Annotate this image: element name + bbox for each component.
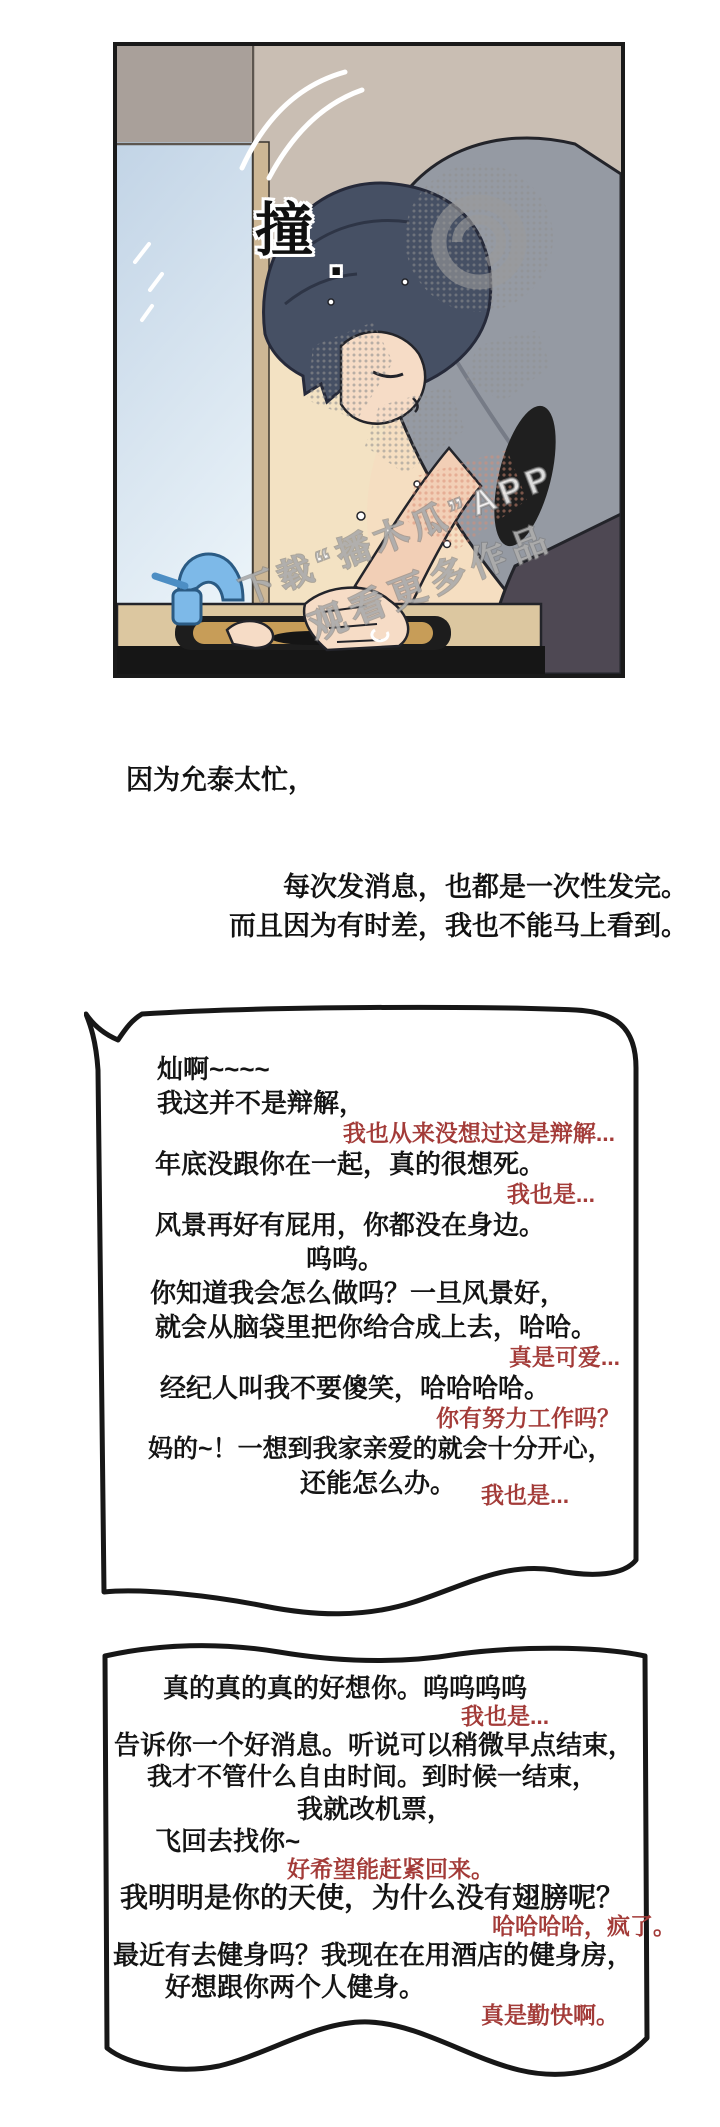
bubble1-line-9: 真是可爱... — [130, 1344, 620, 1371]
bubble1-line-4: 我也是... — [130, 1181, 620, 1208]
narration-line-2: 每次发消息，也都是一次性发完。 — [229, 868, 688, 907]
bubble2-line-2: 告诉你一个好消息。听说可以稍微早点结束， — [111, 1729, 639, 1761]
bubble1-line-0: 灿啊~~~~ — [130, 1052, 620, 1086]
narration-line-3: 而且因为有时差，我也不能马上看到。 — [229, 907, 688, 946]
bubble2-line-8: 哈哈哈哈，疯了。 — [111, 1914, 639, 1939]
bubble1-line-2: 我也从来没想过这是辩解... — [130, 1120, 620, 1147]
bubble2-text: 真的真的真的好想你。呜呜呜呜 我也是... 告诉你一个好消息。听说可以稍微早点结… — [111, 1672, 639, 2028]
hand-left — [227, 621, 273, 648]
bubble1-line-10: 经纪人叫我不要傻笑，哈哈哈哈。 — [130, 1371, 620, 1405]
bubble1-line-11: 你有努力工作吗？ — [130, 1405, 620, 1432]
bubble1-line-6: 呜呜。 — [130, 1242, 620, 1276]
bubble2-line-1: 我也是... — [111, 1704, 639, 1729]
bubble2-line-0: 真的真的真的好想你。呜呜呜呜 — [111, 1672, 639, 1704]
bathroom-illustration — [117, 46, 621, 674]
comic-panel: 撞 . — [113, 42, 625, 678]
bubble2-line-9: 最近有去健身吗？我现在在用酒店的健身房， — [111, 1939, 639, 1971]
bubble1-line-7: 你知道我会怎么做吗？一旦风景好， — [130, 1276, 620, 1310]
narration-line-1: 因为允泰太忙， — [126, 758, 315, 797]
webtoon-page: 撞 . 下载“播木瓜”APP 观看更多作品 因为允泰太忙， 每次发消息，也都是一… — [0, 0, 720, 2127]
sfx-bump-period: . — [329, 228, 343, 288]
bubble1-text: 灿啊~~~~ 我这并不是辩解， 我也从来没想过这是辩解... 年底没跟你在一起，… — [130, 1052, 620, 1509]
bubble1-line-12: 妈的~！一想到我家亲爱的就会十分开心， — [130, 1432, 620, 1466]
bubble1-line-1: 我这并不是辩解， — [130, 1086, 620, 1120]
bubble1-line-3: 年底没跟你在一起，真的很想死。 — [130, 1147, 620, 1181]
bubble2-line-6: 好希望能赶紧回来。 — [111, 1857, 639, 1882]
bubble1-line-5: 风景再好有屁用，你都没在身边。 — [130, 1208, 620, 1242]
bubble2-line-7: 我明明是你的天使，为什么没有翅膀呢？ — [111, 1882, 639, 1914]
faucet-base — [173, 590, 201, 624]
bubble2-line-11: 真是勤快啊。 — [111, 2003, 639, 2028]
speech-bubble-2: 真的真的真的好想你。呜呜呜呜 我也是... 告诉你一个好消息。听说可以稍微早点结… — [99, 1638, 655, 2116]
sfx-bump-text: 撞 — [255, 202, 313, 260]
bubble2-line-3: 我才不管什么自由时间。到时候一结束， — [111, 1761, 639, 1793]
narration-block: 每次发消息，也都是一次性发完。 而且因为有时差，我也不能马上看到。 — [229, 868, 688, 946]
bubble2-line-5: 飞回去找你~ — [111, 1825, 639, 1857]
bubble2-line-4: 我就改机票， — [111, 1793, 639, 1825]
bubble1-line-8: 就会从脑袋里把你给合成上去，哈哈。 — [130, 1310, 620, 1344]
bubble2-line-10: 好想跟你两个人健身。 — [111, 1971, 639, 2003]
speech-bubble-1: 灿啊~~~~ 我这并不是辩解， 我也从来没想过这是辩解... 年底没跟你在一起，… — [84, 1000, 646, 1650]
